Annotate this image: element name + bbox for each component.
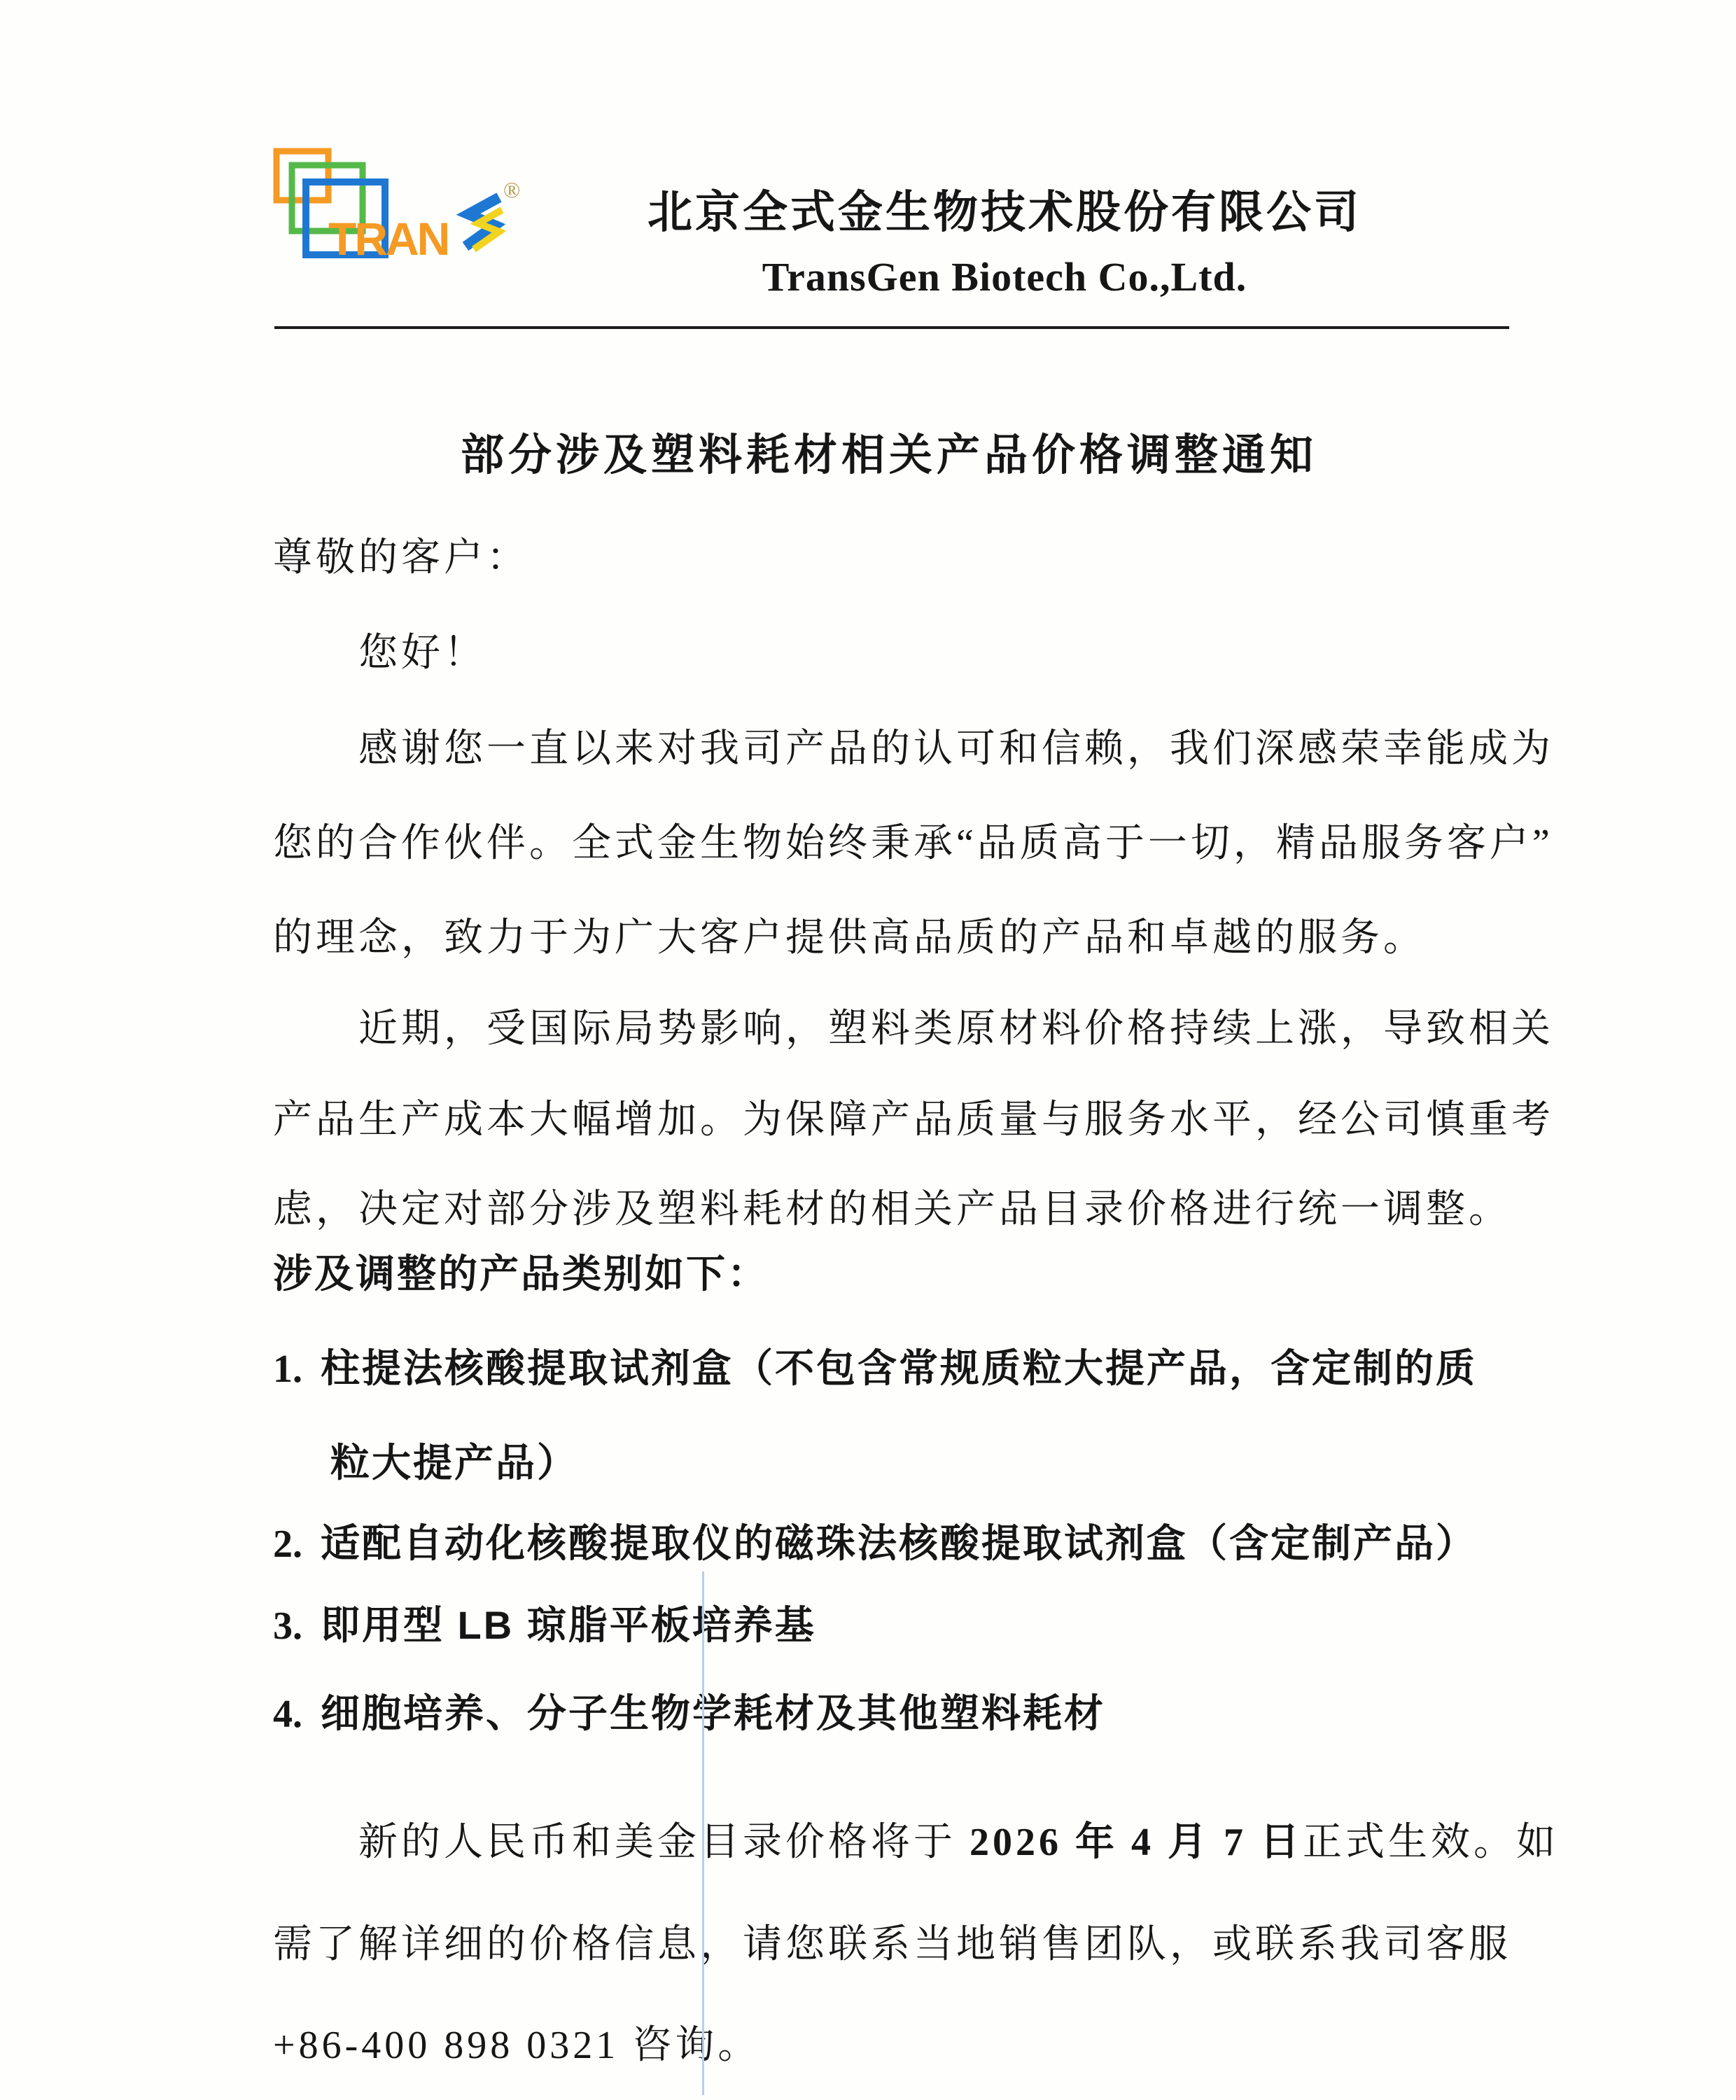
para3-line1-pre: 新的人民币和美金目录价格将于 bbox=[358, 1821, 969, 1864]
list-item-2: 2.适配自动化核酸提取仪的磁珠法核酸提取试剂盒（含定制产品） bbox=[273, 1519, 1533, 1569]
list-item-1-text: 柱提法核酸提取试剂盒（不包含常规质粒大提产品，含定制的质 bbox=[321, 1346, 1477, 1390]
transgen-logo: TRAN ® bbox=[268, 140, 534, 297]
company-name-en: TransGen Biotech Co.,Ltd. bbox=[560, 253, 1449, 300]
para3-line2: 需了解详细的价格信息，请您联系当地销售团队，或联系我司客服 bbox=[273, 1920, 1533, 1969]
list-item-4-text: 细胞培养、分子生物学耗材及其他塑料耗材 bbox=[321, 1691, 1105, 1735]
list-item-1-number: 1. bbox=[273, 1347, 302, 1391]
list-item-3-number: 3. bbox=[273, 1604, 302, 1648]
document-title: 部分涉及塑料耗材相关产品价格调整通知 bbox=[273, 420, 1505, 482]
scan-artifact-vertical-line bbox=[702, 1571, 704, 2095]
letterhead-divider bbox=[274, 326, 1509, 329]
para1-line1: 感谢您一直以来对我司产品的认可和信赖，我们深感荣幸能成为 bbox=[273, 724, 1618, 773]
service-phone-line: +86-400 898 0321 咨询。 bbox=[273, 2021, 1533, 2070]
effective-date: 2026 年 4 月 7 日 bbox=[969, 1821, 1303, 1864]
letterhead: 北京全式金生物技术股份有限公司 TransGen Biotech Co.,Ltd… bbox=[560, 176, 1449, 300]
list-item-3-text: 即用型 LB 琼脂平板培养基 bbox=[321, 1603, 816, 1647]
list-item-2-number: 2. bbox=[273, 1522, 302, 1566]
registered-mark-icon: ® bbox=[503, 177, 520, 202]
list-item-1: 1.柱提法核酸提取试剂盒（不包含常规质粒大提产品，含定制的质 bbox=[273, 1344, 1533, 1394]
list-heading: 涉及调整的产品类别如下： bbox=[273, 1249, 1533, 1298]
list-item-3: 3.即用型 LB 琼脂平板培养基 bbox=[273, 1601, 1533, 1651]
para2-line3: 虑，决定对部分涉及塑料耗材的相关产品目录价格进行统一调整。 bbox=[273, 1185, 1533, 1234]
para1-line2: 您的合作伙伴。全式金生物始终秉承“品质高于一切，精品服务客户” bbox=[273, 819, 1533, 868]
logo-tran-text: TRAN bbox=[328, 213, 448, 265]
list-item-4: 4.细胞培养、分子生物学耗材及其他塑料耗材 bbox=[273, 1689, 1533, 1739]
list-item-2-text: 适配自动化核酸提取仪的磁珠法核酸提取试剂盒（含定制产品） bbox=[321, 1521, 1477, 1565]
list-item-1-text2: 粒大提产品） bbox=[330, 1441, 578, 1485]
greeting: 您好！ bbox=[273, 629, 1618, 678]
list-item-4-number: 4. bbox=[273, 1693, 302, 1736]
para2-line2: 产品生产成本大幅增加。为保障产品质量与服务水平，经公司慎重考 bbox=[273, 1095, 1533, 1144]
salutation: 尊敬的客户： bbox=[273, 533, 1533, 582]
para1-line3: 的理念，致力于为广大客户提供高品质的产品和卓越的服务。 bbox=[273, 913, 1533, 962]
company-name-cn: 北京全式金生物技术股份有限公司 bbox=[560, 176, 1449, 241]
para2-line1: 近期，受国际局势影响，塑料类原材料价格持续上涨，导致相关 bbox=[273, 1004, 1618, 1053]
scanned-letter-page: TRAN ® 北京全式金生物技术股份有限公司 TransGen Biotech … bbox=[0, 0, 1736, 2100]
para3-line1: 新的人民币和美金目录价格将于 2026 年 4 月 7 日正式生效。如 bbox=[273, 1818, 1618, 1867]
list-item-1-continuation: 粒大提产品） bbox=[273, 1438, 1590, 1488]
para3-line1-post: 正式生效。如 bbox=[1303, 1821, 1559, 1864]
